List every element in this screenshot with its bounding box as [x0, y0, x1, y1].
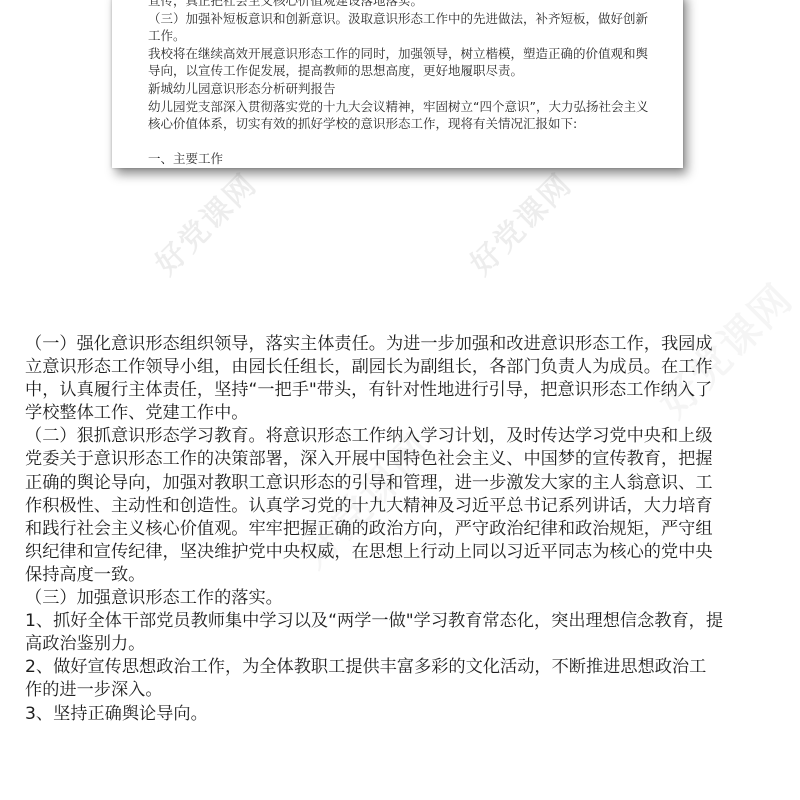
body-line: 保持高度一致。 — [25, 564, 785, 587]
preview-line: （三）加强补短板意识和创新意识。汲取意识形态工作中的先进做法，补齐短板，做好创新 — [148, 10, 658, 28]
preview-line: 我校将在继续高效开展意识形态工作的同时，加强领导，树立楷模，塑造正确的价值观和舆 — [148, 45, 658, 63]
preview-line: 宣传，真正把社会主义核心价值观建设落地落实。 — [148, 0, 658, 10]
preview-line: 导向，以宣传工作促发展，提高教师的思想高度，更好地履职尽责。 — [148, 62, 658, 80]
body-line: 2、做好宣传思想政治工作，为全体教职工提供丰富多彩的文化活动，不断推进思想政治工 — [25, 656, 785, 679]
body-line: 织纪律和宣传纪律，坚决维护党中央权威，在思想上行动上同以习近平同志为核心的党中央 — [25, 541, 785, 564]
preview-section-heading: 一、主要工作 — [148, 150, 658, 168]
body-line: 党委关于意识形态工作的决策部署，深入开展中国特色社会主义、中国梦的宣传教育，把握 — [25, 448, 785, 471]
body-line: 3、坚持正确舆论导向。 — [25, 703, 785, 726]
watermark-text: 好党课网 — [143, 161, 265, 283]
preview-heading: 新城幼儿园意识形态分析研判报告 — [148, 80, 658, 98]
body-line: 作的进一步深入。 — [25, 679, 785, 702]
body-line: 立意识形态工作领导小组，由园长任组长，副园长为副组长，各部门负责人为成员。在工作 — [25, 356, 785, 379]
body-line: 作积极性、主动性和创造性。认真学习党的十九大精神及习近平总书记系列讲话，大力培育 — [25, 495, 785, 518]
body-line: 中，认真履行主体责任，坚持“一把手"带头，有针对性地进行引导，把意识形态工作纳入… — [25, 379, 785, 402]
body-line: （一）强化意识形态组织领导，落实主体责任。为进一步加强和改进意识形态工作，我园成 — [25, 333, 785, 356]
body-line: 学校整体工作、党建工作中。 — [25, 402, 785, 425]
body-line: 正确的舆论导向，加强对教职工意识形态的引导和管理，进一步激发大家的主人翁意识、工 — [25, 472, 785, 495]
document-body: （一）强化意识形态组织领导，落实主体责任。为进一步加强和改进意识形态工作，我园成… — [25, 333, 785, 726]
preview-line: 幼儿园党支部深入贯彻落实党的十九大会议精神，牢固树立“四个意识”，大力弘扬社会主… — [148, 98, 658, 116]
preview-blank-line — [148, 133, 658, 151]
preview-line: 核心价值体系，切实有效的抓好学校的意识形态工作，现将有关情况汇报如下: — [148, 115, 658, 133]
body-line: 和践行社会主义核心价值观。牢牢把握正确的政治方向，严守政治纪律和政治规矩，严守组 — [25, 518, 785, 541]
watermark-text: 好党课网 — [458, 161, 580, 283]
body-line: 1、抓好全体干部党员教师集中学习以及“两学一做"学习教育常态化，突出理想信念教育… — [25, 610, 785, 633]
body-line: （二）狠抓意识形态学习教育。将意识形态工作纳入学习计划，及时传达学习党中央和上级 — [25, 425, 785, 448]
body-line: 高政治鉴别力。 — [25, 633, 785, 656]
document-preview-card: 宣传，真正把社会主义核心价值观建设落地落实。 （三）加强补短板意识和创新意识。汲… — [112, 0, 683, 168]
preview-text-block: 宣传，真正把社会主义核心价值观建设落地落实。 （三）加强补短板意识和创新意识。汲… — [148, 0, 658, 168]
body-line: （三）加强意识形态工作的落实。 — [25, 587, 785, 610]
preview-line: 工作。 — [148, 27, 658, 45]
